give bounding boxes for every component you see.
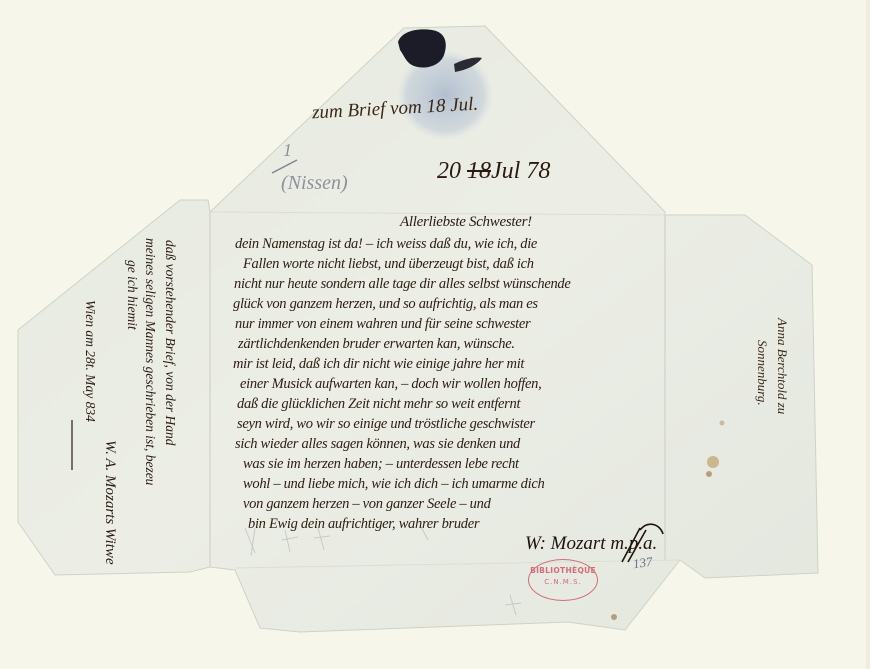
left-flap-line: meines seligen Mannes geschrieben ist, b… (142, 238, 158, 485)
letter-line: wohl – und liebe mich, wie ich dich – ic… (243, 476, 544, 493)
letter-line: was sie im herzen haben; – unterdessen l… (243, 456, 519, 473)
stamp-ring-text: BIBLIOTHÈQUE (529, 566, 597, 575)
address-line: Anna Berchtold zu (774, 318, 790, 414)
library-stamp: BIBLIOTHÈQUE C.N.M.S. (528, 559, 598, 601)
left-flap-line: ge ich hiemit (124, 260, 140, 330)
stamp-center-text: C.N.M.S. (529, 578, 597, 586)
letter-line: nur immer von einem wahren und für seine… (235, 316, 530, 333)
left-flap-line: daß vorstehender Brief, von der Hand (162, 240, 178, 445)
letter-line: bin Ewig dein aufrichtiger, wahrer brude… (248, 516, 479, 533)
signature: W: Mozart m.p.a. (525, 533, 657, 555)
foxing-spot (707, 456, 719, 468)
catalog-number: 137 (632, 554, 654, 573)
letter-line: daß die glücklichen Zeit nicht mehr so w… (237, 396, 520, 413)
letter-line: mir ist leid, daß ich dir nicht wie eini… (233, 356, 524, 373)
date-suffix: Jul 78 (491, 158, 550, 184)
address-line: Sonnenburg. (754, 340, 770, 406)
pencil-note-nissen: (Nissen) (281, 172, 348, 195)
date-struck: 18 (467, 158, 491, 184)
letter-salutation: Allerliebste Schwester! (400, 214, 532, 231)
letter-line: glück von ganzem herzen, und so aufricht… (233, 296, 538, 313)
letter-date: 20 18Jul 78 (437, 158, 550, 185)
letter-line: seyn wird, wo wir so einige und tröstlic… (237, 416, 535, 433)
date-prefix: 20 (437, 158, 461, 184)
pencil-number: 1 (283, 140, 292, 161)
left-flap-line: Wien am 28t. May 834 (82, 300, 98, 422)
letter-line: sich wieder alles sagen können, was sie … (235, 436, 520, 453)
letter-line: Fallen worte nicht liebst, und überzeugt… (243, 256, 534, 273)
letter-line: einer Musick aufwarten kan, – doch wir w… (240, 376, 541, 393)
letter-line: zärtlichdenkenden bruder erwarten kan, w… (238, 336, 515, 353)
letter-line: von ganzem herzen – von ganzer Seele – u… (243, 496, 491, 513)
letter-line: nicht nur heute sondern alle tage dir al… (234, 276, 571, 293)
left-flap-signature: W. A. Mozarts Witwe (101, 440, 118, 565)
letter-line: dein Namenstag ist da! – ich weiss daß d… (235, 236, 537, 253)
